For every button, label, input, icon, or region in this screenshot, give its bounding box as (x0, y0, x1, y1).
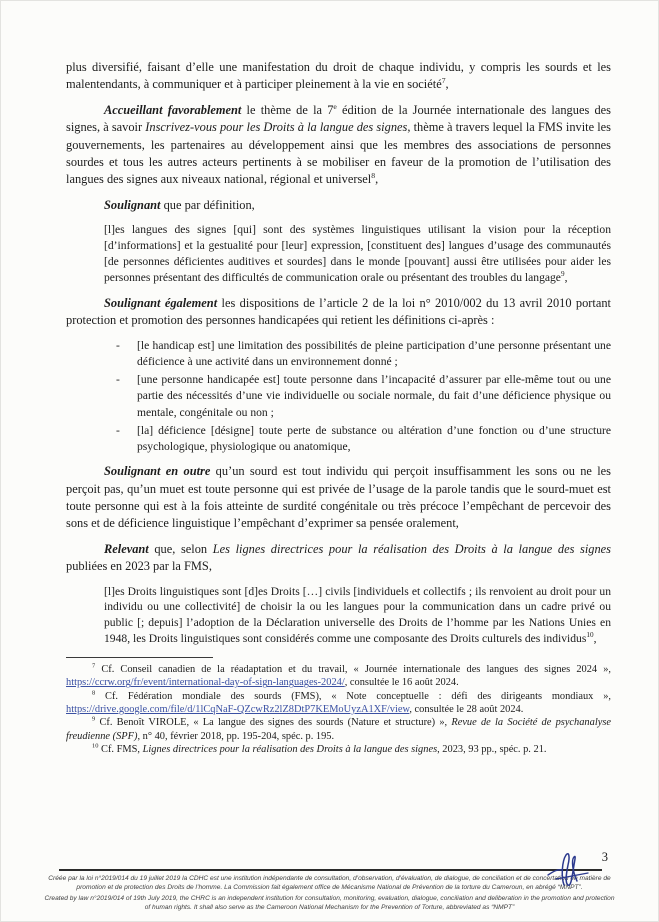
footnote-10: 10 Cf. FMS, Lignes directrices pour la r… (66, 743, 611, 756)
footnote-7: 7 Cf. Conseil canadien de la réadaptatio… (66, 663, 611, 690)
blockquote-linguistic-rights: [l]es Droits linguistiques sont [d]es Dr… (104, 584, 611, 648)
list-item: - [une personne handicapée est] toute pe… (116, 372, 611, 421)
footer-text-french: Créée par la loi n°2019/014 du 19 juille… (41, 875, 618, 892)
definitions-list: - [le handicap est] une limitation des p… (116, 338, 611, 455)
footer-rule (59, 869, 602, 871)
footnote-9: 9 Cf. Benoît VIROLE, « La langue des sig… (66, 716, 611, 743)
hyperlink[interactable]: https://ccrw.org/fr/event/international-… (66, 677, 345, 688)
list-item-text: [la] déficience [désigne] toute perte de… (137, 424, 611, 453)
footnotes-section: 7 Cf. Conseil canadien de la réadaptatio… (1, 657, 658, 756)
page-footer: 3 Créée par la loi n°2019/014 du 19 juil… (1, 850, 658, 915)
signature-mark (544, 851, 592, 891)
list-item-text: [le handicap est] une limitation des pos… (137, 339, 611, 368)
list-item: - [la] déficience [désigne] toute perte … (116, 423, 611, 455)
list-item-text: [une personne handicapée est] toute pers… (137, 373, 611, 418)
paragraph-continuation: plus diversifié, faisant d’elle une mani… (66, 59, 611, 94)
footnote-8: 8 Cf. Fédération mondiale des sourds (FM… (66, 690, 611, 717)
paragraph-soulignant-egalement: Soulignant également les dispositions de… (66, 295, 611, 330)
document-page: plus diversifié, faisant d’elle une mani… (0, 0, 659, 922)
paragraph-soulignant-en-outre: Soulignant en outre qu’un sourd est tout… (66, 463, 611, 533)
hyperlink[interactable]: https://drive.google.com/file/d/1lCqNaF-… (66, 704, 409, 715)
list-item: - [le handicap est] une limitation des p… (116, 338, 611, 370)
document-body: plus diversifié, faisant d’elle une mani… (1, 1, 658, 647)
footnote-separator (66, 657, 213, 658)
footer-text-english: Created by law n°2019/014 of 19th July 2… (41, 895, 618, 912)
paragraph-accueillant-favorablement: Accueillant favorablement le thème de la… (66, 102, 611, 189)
dash-bullet: - (116, 423, 120, 439)
dash-bullet: - (116, 338, 120, 354)
blockquote-sign-languages-definition: [l]es langues des signes [qui] sont des … (104, 222, 611, 286)
dash-bullet: - (116, 372, 120, 388)
paragraph-soulignant: Soulignant que par définition, (66, 197, 611, 214)
paragraph-relevant: Relevant que, selon Les lignes directric… (66, 541, 611, 576)
